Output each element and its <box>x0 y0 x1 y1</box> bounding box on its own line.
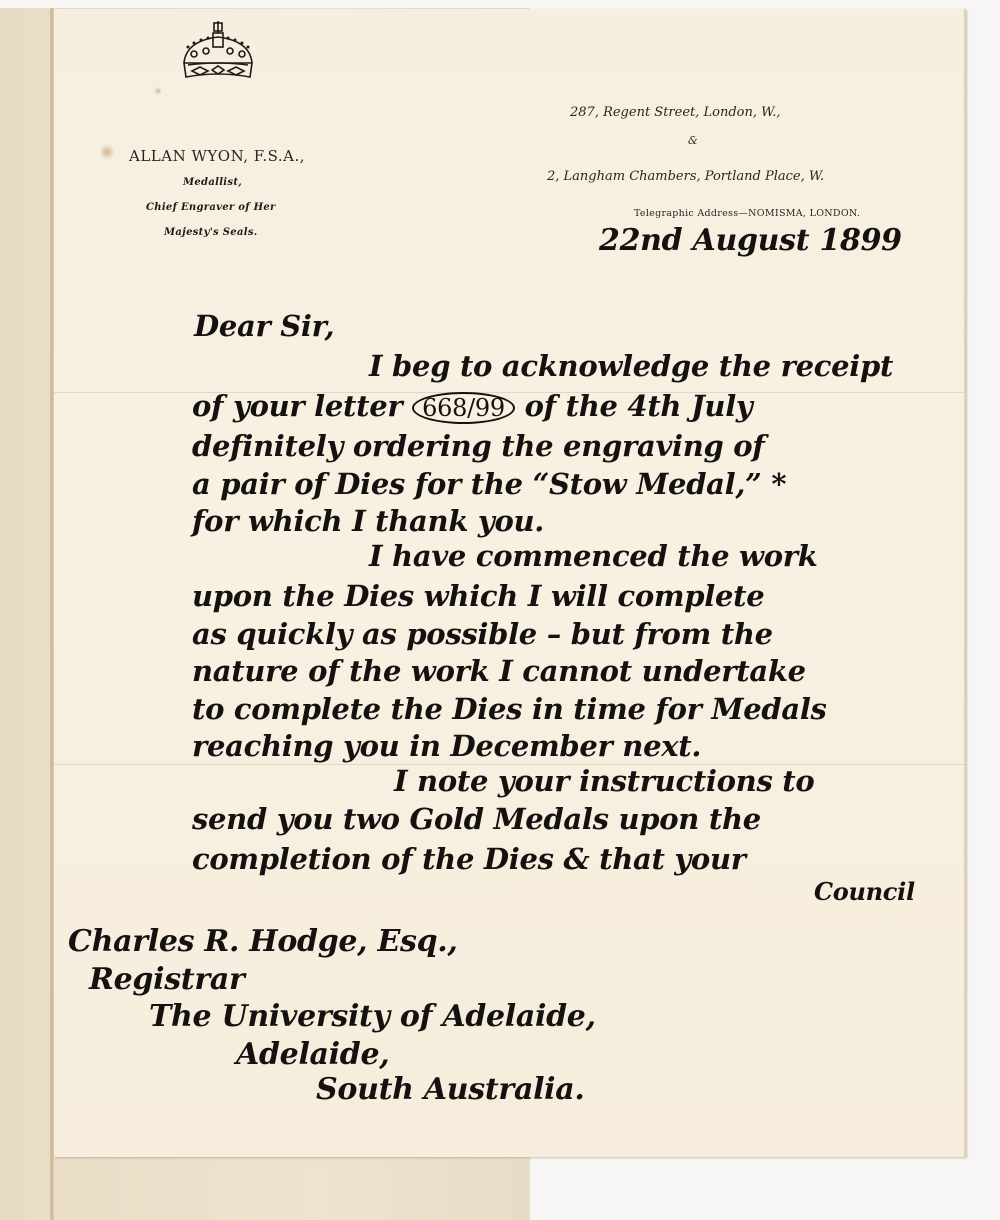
telegraphic-address: Telegraphic Address—NOMISMA, LONDON. <box>634 208 860 219</box>
letterhead-ampersand: & <box>688 134 698 147</box>
body-line: a pair of Dies for the “Stow Medal,” * <box>192 467 786 501</box>
body-line: completion of the Dies & that your <box>192 842 746 876</box>
body-line: of your letter 668/99 of the 4th July <box>192 389 752 424</box>
addressee-name: Charles R. Hodge, Esq., <box>68 924 458 959</box>
crown-icon <box>178 21 258 81</box>
letterhead-title: Majesty's Seals. <box>164 227 258 238</box>
body-line: upon the Dies which I will complete <box>192 579 764 613</box>
catchword: Council <box>814 877 915 906</box>
body-line: I note your instructions to <box>394 764 814 798</box>
body-line-text: of the 4th July <box>525 389 753 423</box>
body-line: I beg to acknowledge the receipt <box>369 349 893 383</box>
body-line: to complete the Dies in time for Medals <box>192 692 827 726</box>
body-line: for which I thank you. <box>192 504 544 538</box>
body-line-text: of your letter <box>192 389 402 423</box>
letterhead-address-2: 2, Langham Chambers, Portland Place, W. <box>547 169 824 184</box>
letter-sheet: ALLAN WYON, F.S.A., Medallist, Chief Eng… <box>54 9 966 1157</box>
addressee-institution: The University of Adelaide, <box>149 999 596 1034</box>
ink-stain <box>99 144 115 160</box>
letterhead-title: Chief Engraver of Her <box>146 202 276 213</box>
body-line: nature of the work I cannot undertake <box>192 654 806 688</box>
body-line: as quickly as possible – but from the <box>192 617 773 651</box>
addressee-region: South Australia. <box>316 1072 585 1107</box>
letterhead-name: ALLAN WYON, F.S.A., <box>129 147 305 165</box>
body-line: reaching you in December next. <box>192 729 701 763</box>
addressee-title: Registrar <box>89 962 245 997</box>
letterhead-title: Medallist, <box>183 177 242 188</box>
reference-number: 668/99 <box>412 392 515 424</box>
body-line: send you two Gold Medals upon the <box>192 802 761 836</box>
letter-date: 22nd August 1899 <box>599 223 902 258</box>
addressee-city: Adelaide, <box>236 1037 389 1072</box>
salutation: Dear Sir, <box>194 309 334 343</box>
letterhead-address-1: 287, Regent Street, London, W., <box>570 105 781 120</box>
body-line: I have commenced the work <box>369 539 818 573</box>
ink-stain <box>154 87 162 95</box>
body-line: definitely ordering the engraving of <box>192 429 765 463</box>
